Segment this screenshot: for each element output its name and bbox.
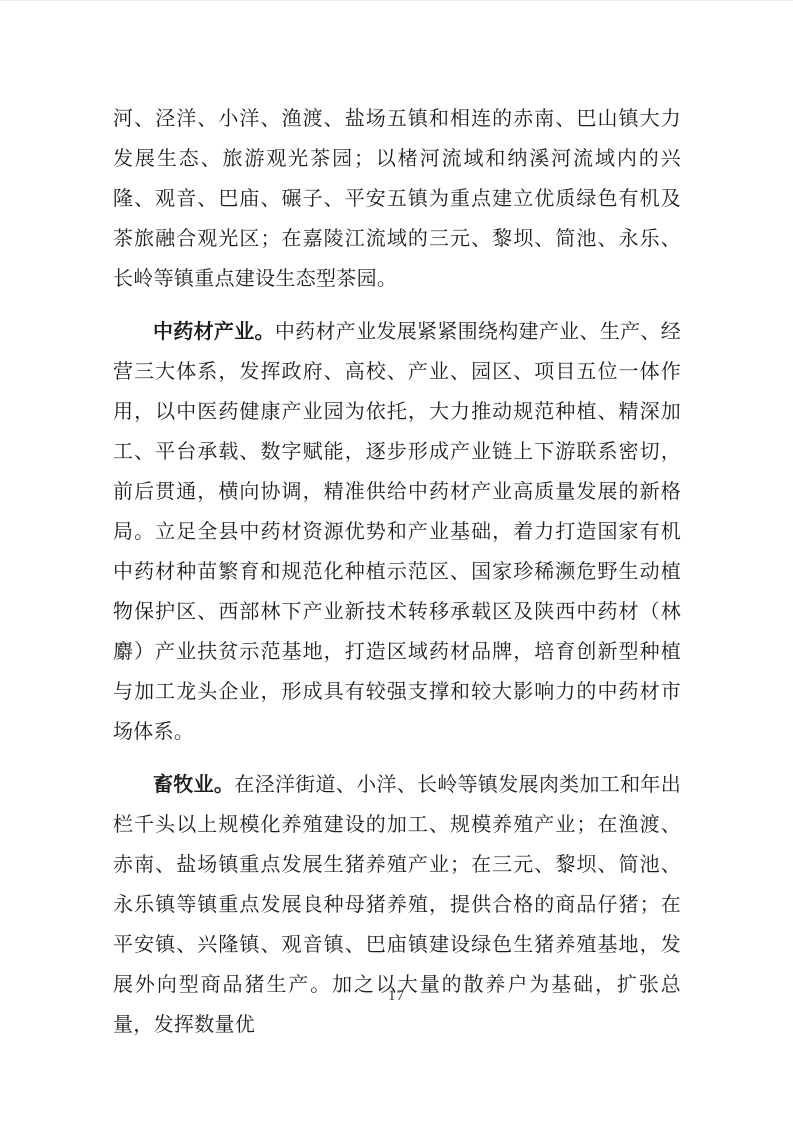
paragraph-lead-medicinal-herbs: 中药材产业。	[153, 321, 275, 343]
page-body-text: 河、泾洋、小洋、渔渡、盐场五镇和相连的赤南、巴山镇大力发展生态、旅游观光茶园；以…	[113, 99, 681, 1058]
paragraph-medicinal-herbs-industry: 中药材产业。中药材产业发展紧紧围绕构建产业、生产、经营三大体系，发挥政府、高校、…	[113, 312, 681, 752]
paragraph-text: 中药材产业发展紧紧围绕构建产业、生产、经营三大体系，发挥政府、高校、产业、园区、…	[113, 321, 681, 743]
paragraph-tea-industry-continuation: 河、泾洋、小洋、渔渡、盐场五镇和相连的赤南、巴山镇大力发展生态、旅游观光茶园；以…	[113, 99, 681, 299]
paragraph-lead-livestock: 畜牧业。	[153, 774, 234, 796]
paragraph-text: 河、泾洋、小洋、渔渡、盐场五镇和相连的赤南、巴山镇大力发展生态、旅游观光茶园；以…	[113, 108, 681, 290]
page-number: 17	[388, 988, 405, 1004]
page-footer: 17	[0, 987, 793, 1005]
document-page: 河、泾洋、小洋、渔渡、盐场五镇和相连的赤南、巴山镇大力发展生态、旅游观光茶园；以…	[0, 0, 793, 1122]
